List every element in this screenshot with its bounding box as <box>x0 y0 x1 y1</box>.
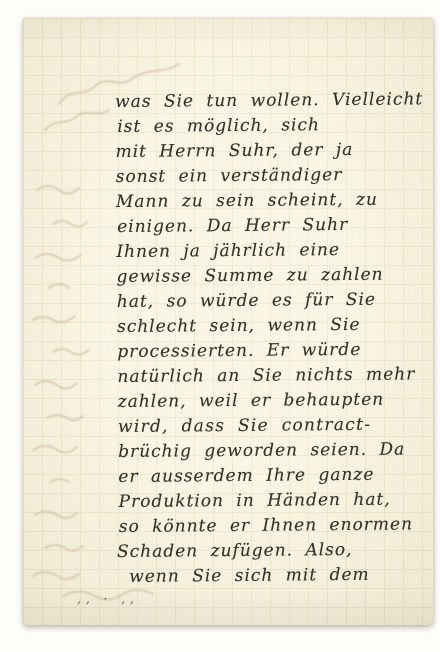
letter-line: Ihnen ja jährlich eine <box>116 237 436 265</box>
letter-line: brüchig geworden seien. Da <box>118 437 438 465</box>
letter-line: ist es möglich, sich <box>117 112 435 140</box>
letter-line: Schaden zufügen. Also, <box>117 537 439 565</box>
letter-line: processierten. Er würde <box>117 337 437 365</box>
letter-line: zahlen, weil er behaupten <box>118 387 438 415</box>
letter-line: gewisse Summe zu zahlen <box>117 262 437 290</box>
letter-body: was Sie tun wollen. Vielleicht ist es mö… <box>115 87 439 590</box>
letter-line: schlecht sein, wenn Sie <box>117 312 437 340</box>
letter-line: was Sie tun wollen. Vielleicht <box>115 87 435 115</box>
letter-line: hat, so würde es für Sie <box>117 287 437 315</box>
letter-line: so könnte er Ihnen enormen <box>119 512 439 540</box>
letter-scan: was Sie tun wollen. Vielleicht ist es mö… <box>0 0 440 652</box>
letter-line: mit Herrn Suhr, der ja <box>115 137 435 165</box>
letter-line: wenn Sie sich mit dem <box>129 562 439 590</box>
letter-line: Mann zu sein scheint, zu <box>116 187 436 215</box>
letter-line: natürlich an Sie nichts mehr <box>117 362 437 390</box>
letter-line: er ausserdem Ihre ganze <box>118 462 438 490</box>
letter-line: sonst ein verständiger <box>116 162 436 190</box>
pen-marks: ‚‚ · ‚‚ <box>77 592 139 606</box>
letter-line: Produktion in Händen hat, <box>118 487 438 515</box>
letter-page: was Sie tun wollen. Vielleicht ist es mö… <box>23 18 433 625</box>
letter-line: einigen. Da Herr Suhr <box>117 212 436 240</box>
letter-line: wird, dass Sie contract- <box>118 412 438 440</box>
